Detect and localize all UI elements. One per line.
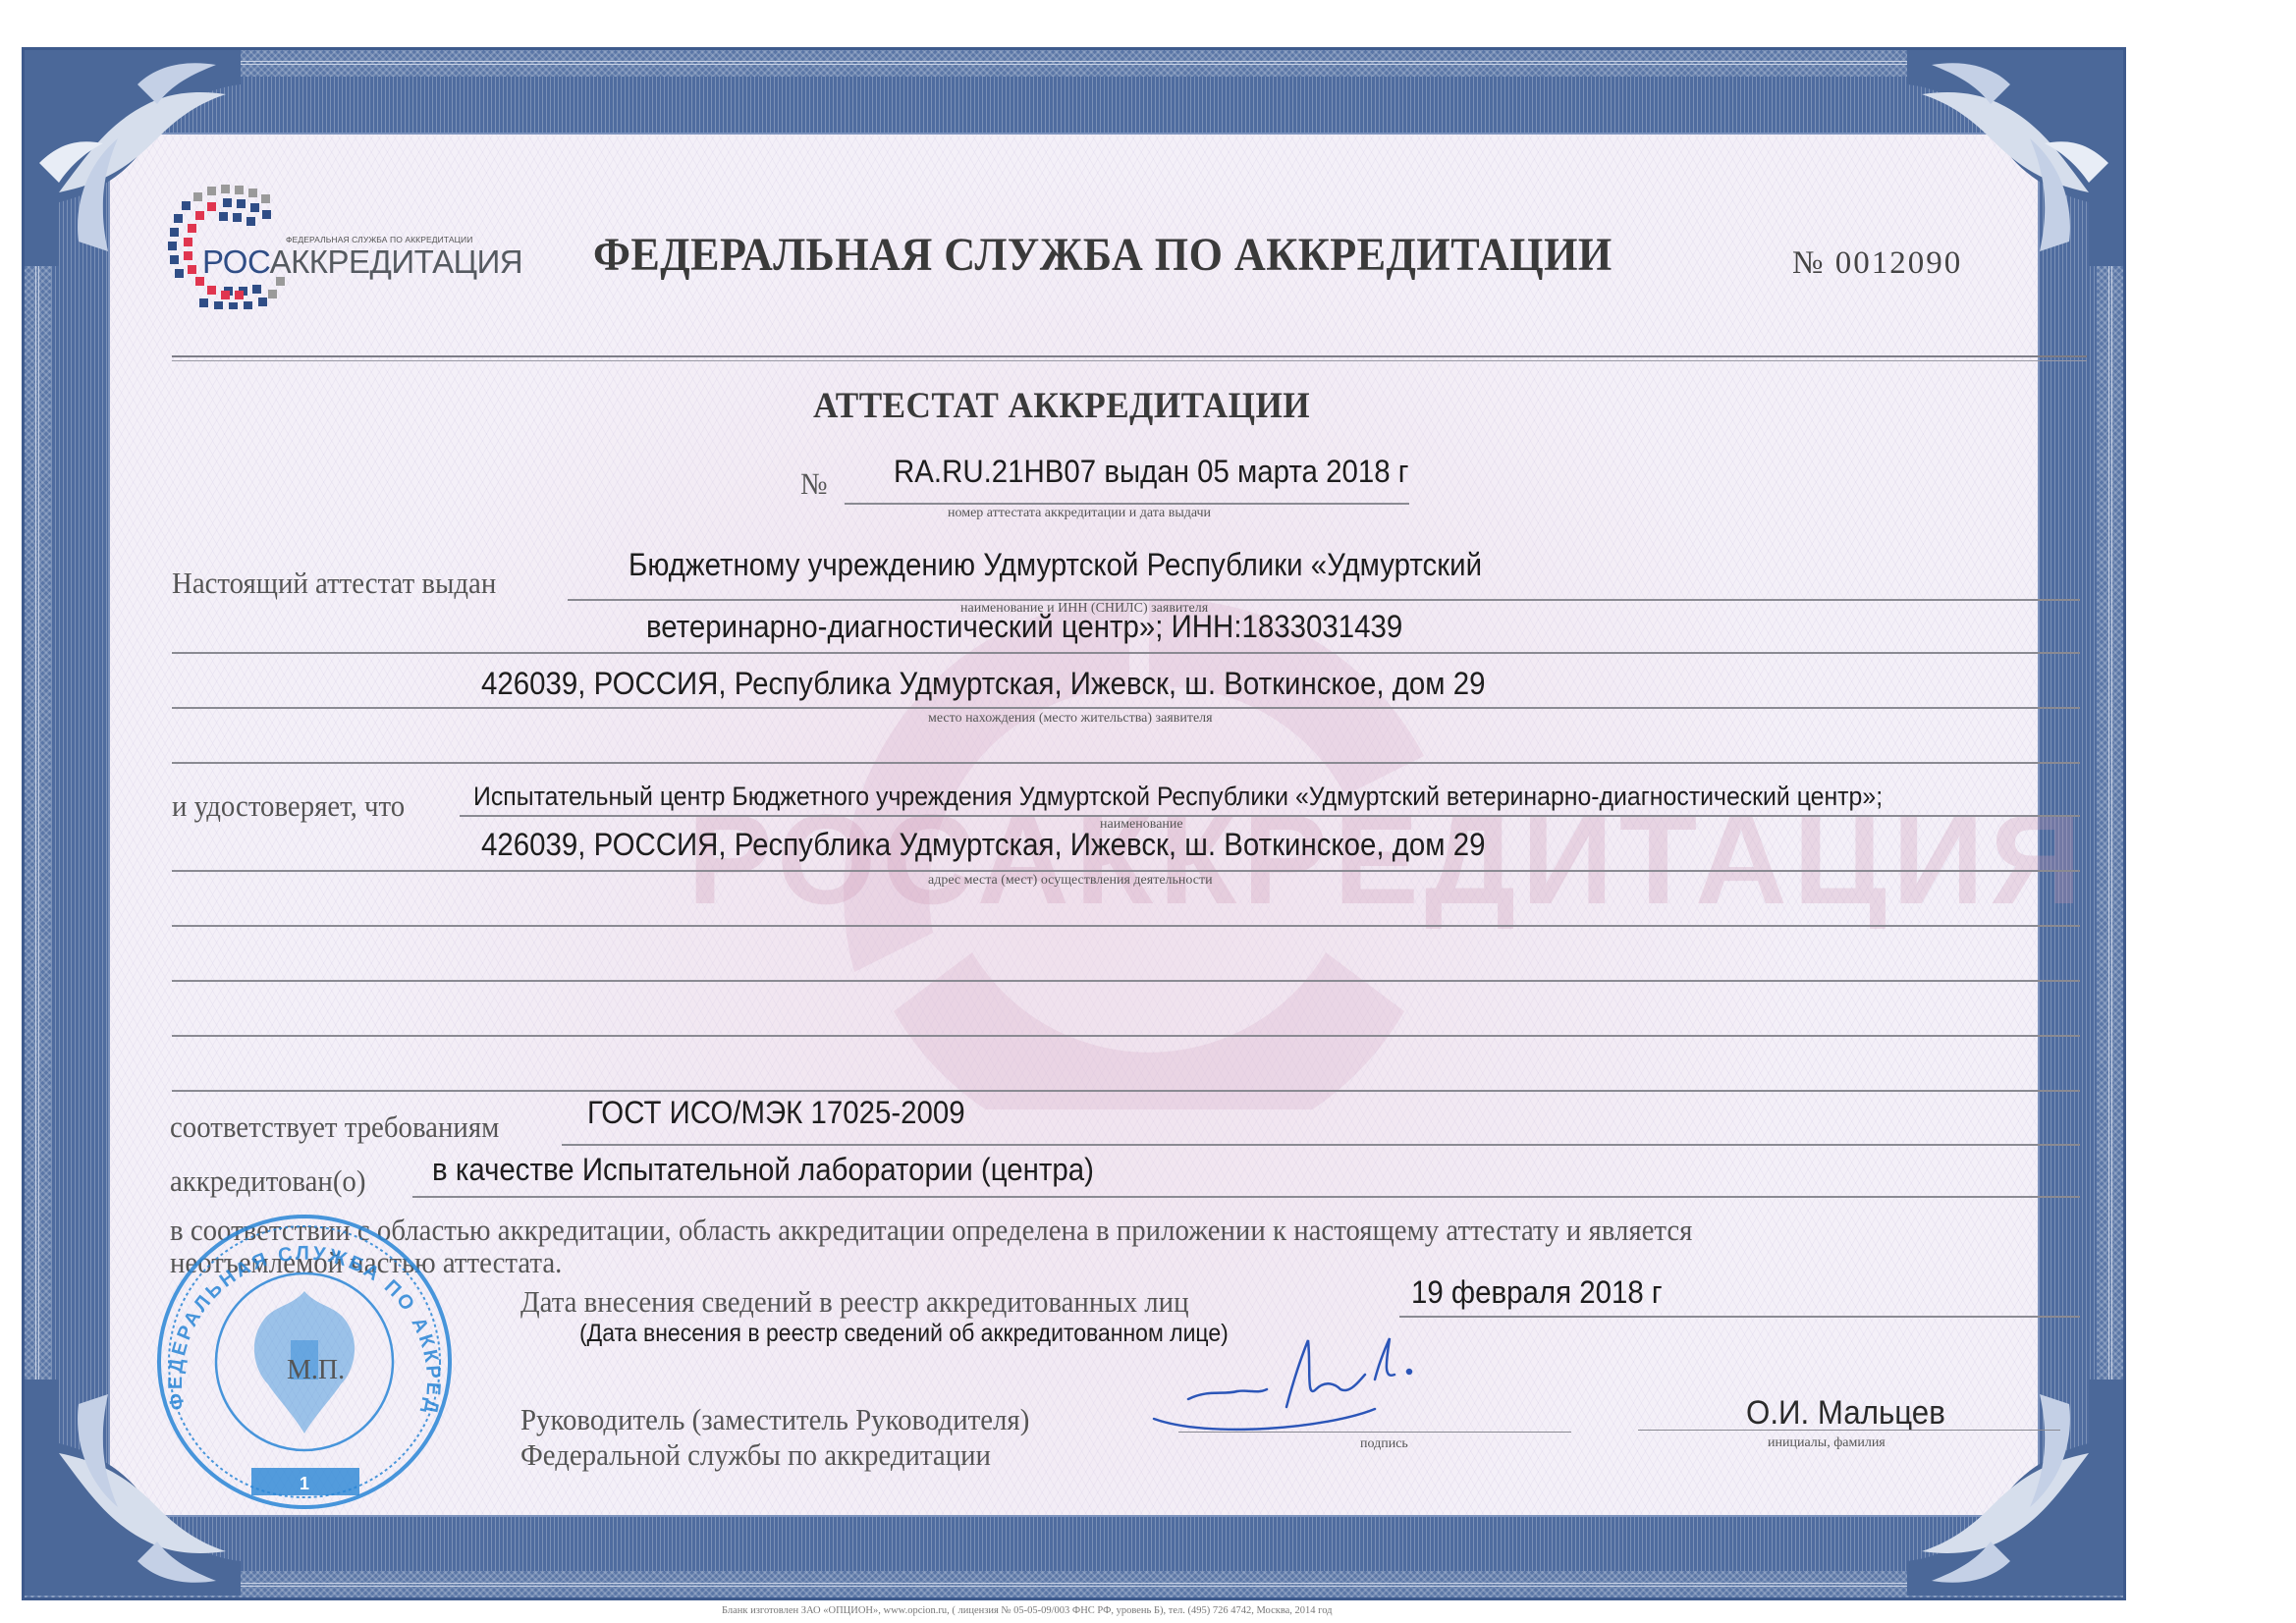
stamp-place-label: М.П. [287,1355,345,1386]
issued-to-line-1: Бюджетному учреждению Удмуртской Республ… [629,547,1482,583]
issued-to-line-2-rule [172,652,2080,654]
signatory-title-line-1: Руководитель (заместитель Руководителя) [520,1402,1029,1437]
blank-rule [172,925,2080,927]
accredited-label: аккредитован(о) [170,1163,365,1199]
header-divider [172,355,2087,357]
blank-rule [172,980,2080,982]
number-sign: № [800,466,828,502]
registry-date-label: Дата внесения сведений в реестр аккредит… [520,1284,1189,1320]
blank-rule [172,762,2080,764]
signatory-name-hint: инициалы, фамилия [1768,1435,1886,1451]
signatory-name-rule [1638,1430,2060,1431]
certified-entity-address-rule [172,870,2080,872]
certificate-number-hint: номер аттестата аккредитации и дата выда… [948,506,1211,521]
requirements-value: ГОСТ ИСО/МЭК 17025-2009 [587,1095,965,1131]
certified-entity-name-rule [460,815,2080,817]
certified-entity-address: 426039, РОССИЯ, Республика Удмуртская, И… [481,827,1485,863]
issued-to-label: Настоящий аттестат выдан [172,566,496,601]
handwritten-signature-icon [1129,1330,1522,1438]
certified-entity-address-hint: адрес места (мест) осуществления деятель… [928,873,1213,889]
issued-to-address-rule [172,707,2080,709]
document-title: АТТЕСТАТ АККРЕДИТАЦИИ [813,385,1310,427]
stamp-number: 1 [300,1474,309,1493]
requirements-rule [562,1144,2080,1146]
organization-title: ФЕДЕРАЛЬНАЯ СЛУЖБА ПО АККРЕДИТАЦИИ [593,228,1613,282]
issued-to-line-1-rule [568,599,2080,601]
issued-to-address: 426039, РОССИЯ, Республика Удмуртская, И… [481,666,1485,702]
logo-wordmark-akk: АККРЕДИТАЦИЯ [270,243,523,280]
signature-hint: подпись [1360,1436,1408,1452]
accredited-rule [412,1196,2080,1198]
blank-serial-number: № 0012090 [1792,245,1962,282]
logo-wordmark: РОСАККРЕДИТАЦИЯ [202,243,522,281]
issued-to-address-hint: место нахождения (место жительства) заяв… [928,711,1213,727]
registry-date-value: 19 февраля 2018 г [1411,1274,1663,1311]
accredited-value: в качестве Испытательной лаборатории (це… [432,1152,1094,1188]
blank-rule [172,1035,2080,1037]
signatory-title-line-2: Федеральной службы по аккредитации [520,1437,991,1473]
certificate-number-value: RA.RU.21НВ07 выдан 05 марта 2018 г [894,454,1409,490]
header-divider-secondary [172,360,2087,361]
certified-entity-name: Испытательный центр Бюджетного учреждени… [473,782,1883,812]
certifies-label: и удостоверяет, что [172,788,405,824]
issued-to-line-2: ветеринарно-диагностический центр»; ИНН:… [646,609,1402,645]
signatory-name: О.И. Мальцев [1746,1394,1945,1433]
blank-printer-info: Бланк изготовлен ЗАО «ОПЦИОН», www.opcio… [722,1605,1333,1616]
certificate-number-line [845,503,1409,505]
requirements-label: соответствует требованиям [170,1109,499,1145]
blank-rule [172,1090,2080,1092]
registry-date-rule [1399,1316,2080,1318]
logo-wordmark-ros: РОС [202,243,270,280]
ornament-corner-top-right-icon [1902,45,2128,271]
